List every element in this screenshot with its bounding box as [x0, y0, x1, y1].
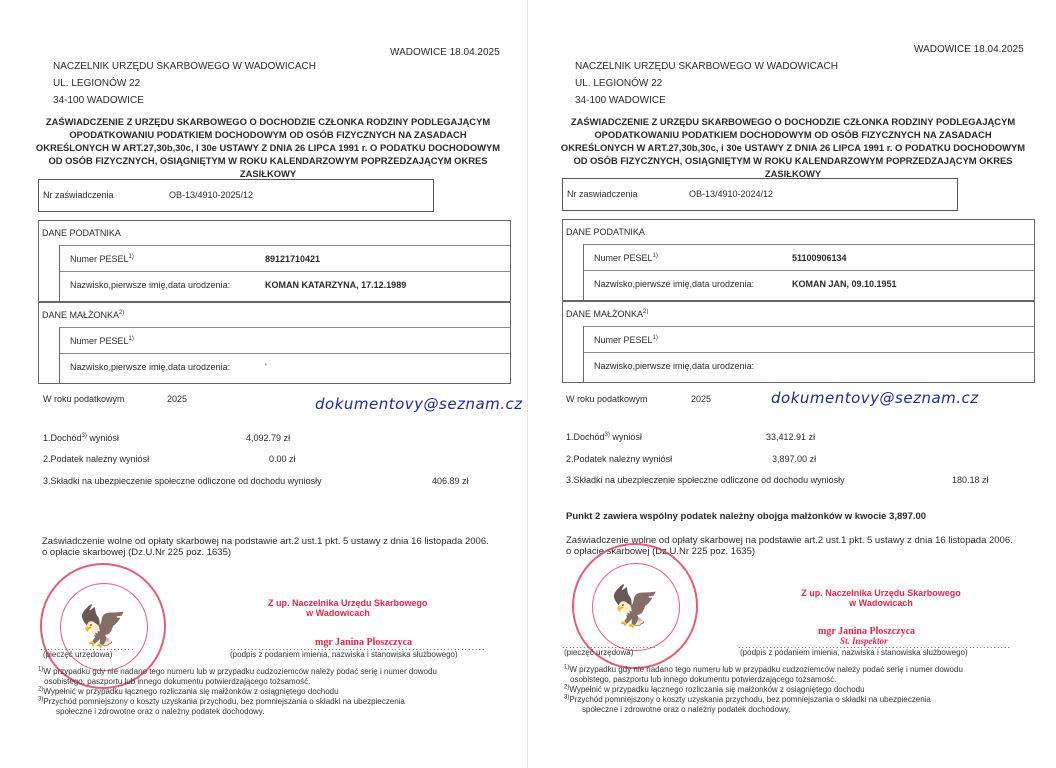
spouse-section: DANE MAŁŻONKA2) Numer PESEL1) Nazwisko,p…	[562, 301, 1035, 383]
cert-number: OB-13/4910-2025/12	[169, 190, 253, 200]
taxpayer-section-title: DANE PODATNIKA	[42, 228, 121, 238]
contributions-label: 3.Składki na ubezpieczenie społeczne odl…	[566, 475, 845, 485]
income-value: 33,412.91 zł	[766, 432, 815, 442]
tax-year: 2025	[691, 394, 711, 404]
fee-exemption-text: Zaświadczenie wolne od opłaty skarbowej …	[42, 536, 492, 558]
seal-caption: (pieczęć urzędowa)	[43, 650, 112, 660]
tax-due-label: 2.Podatek należny wyniósł	[43, 454, 149, 464]
taxpayer-name-row: Nazwisko,pierwsze imię,data urodzenia: K…	[60, 272, 510, 298]
tax-year: 2025	[167, 394, 187, 404]
name-label: Nazwisko,pierwsze imię,data urodzenia:	[594, 279, 754, 289]
spouse-name-row: Nazwisko,pierwsze imię,data urodzenia:	[584, 353, 1034, 379]
taxpayer-section: DANE PODATNIKA Numer PESEL1) 51100906134…	[562, 219, 1035, 301]
signature-caption: (podpis z podaniem imienia, nazwiska i s…	[740, 648, 968, 658]
office-address: NACZELNIK URZĘDU SKARBOWEGO W WADOWICACH…	[575, 58, 838, 109]
certificate-2025: WADOWICE 18.04.2025 NACZELNIK URZĘDU SKA…	[0, 0, 528, 768]
name-label: Nazwisko,pierwsze imię,data urodzenia:	[594, 361, 754, 371]
taxpayer-section-title: DANE PODATNIKA	[566, 227, 645, 237]
contributions-value: 180.18 zł	[952, 475, 989, 485]
office-city: 34-100 WADOWICE	[53, 92, 316, 109]
office-street: UL. LEGIONÓW 22	[575, 75, 838, 92]
spouse-pesel-row: Numer PESEL1)	[60, 328, 510, 354]
spouse-section-title: DANE MAŁŻONKA2)	[42, 310, 124, 320]
footnotes: 1)W przypadku gdy nie nadano tego numeru…	[564, 665, 963, 715]
signature-caption: (podpis z podaniem imienia, nazwiska i s…	[230, 650, 458, 660]
income-label: 1.Dochód3) wyniósł	[566, 432, 642, 442]
tax-year-label: W roku podatkowym	[43, 394, 125, 404]
contributions-value: 406.89 zł	[432, 476, 469, 486]
joint-tax-note: Punkt 2 zawiera wspólny podatek należny …	[566, 511, 926, 522]
taxpayer-pesel-row: Numer PESEL1) 51100906134	[584, 245, 1034, 271]
income-label: 1.Dochód3) wyniósł	[43, 433, 119, 443]
place-date: WADOWICE 18.04.2025	[914, 44, 1024, 55]
pesel-label: Numer PESEL1)	[70, 254, 134, 264]
handwritten-email: dokumentovy@seznam.cz	[771, 389, 979, 407]
income-value: 4,092.79 zł	[246, 433, 290, 443]
office-name: NACZELNIK URZĘDU SKARBOWEGO W WADOWICACH	[575, 58, 838, 75]
tax-due-label: 2.Podatek należny wyniósł	[566, 454, 672, 464]
tax-due-value: 0.00 zł	[269, 454, 296, 464]
signature-authority: Z up. Naczelnika Urzędu Skarbowego w Wad…	[268, 598, 408, 618]
pesel-label: Numer PESEL1)	[70, 336, 134, 346]
eagle-emblem-icon: 🦅	[574, 583, 696, 630]
name-label: Nazwisko,pierwsze imię,data urodzenia:	[70, 362, 230, 372]
taxpayer-pesel: 89121710421	[265, 254, 320, 264]
contributions-label: 3.Składki na ubezpieczenie społeczne odl…	[43, 476, 322, 486]
spouse-section-title: DANE MAŁŻONKA2)	[566, 309, 648, 319]
name-label: Nazwisko,pierwsze imię,data urodzenia:	[70, 280, 230, 290]
taxpayer-name-row: Nazwisko,pierwsze imię,data urodzenia: K…	[584, 271, 1034, 297]
pesel-label: Numer PESEL1)	[594, 253, 658, 263]
certificate-2024: WADOWICE 18.04.2025 NACZELNIK URZĘDU SKA…	[528, 0, 1056, 768]
signature-authority: Z up. Naczelnika Urzędu Skarbowego w Wad…	[796, 588, 966, 608]
document-title: ZAŚWIADCZENIE Z URZĘDU SKARBOWEGO O DOCH…	[33, 115, 503, 180]
tax-year-label: W roku podatkowym	[566, 394, 648, 404]
cert-number-box: Nr zaswiadczenia OB-13/4910-2024/12	[562, 178, 958, 211]
spouse-name: '	[265, 362, 267, 372]
cert-number-label: Nr zaswiadczenia	[567, 189, 638, 199]
taxpayer-name: KOMAN JAN, 09.10.1951	[792, 279, 897, 289]
office-city: 34-100 WADOWICE	[575, 92, 838, 109]
spouse-pesel-row: Numer PESEL1)	[584, 327, 1034, 353]
footnotes: 1)W przypadku gdy nie nadano tego numeru…	[38, 667, 437, 717]
office-street: UL. LEGIONÓW 22	[53, 75, 316, 92]
seal-caption: (pieczęć urzędowa)	[564, 648, 633, 658]
taxpayer-section: DANE PODATNIKA Numer PESEL1) 89121710421…	[38, 220, 511, 302]
taxpayer-pesel-row: Numer PESEL1) 89121710421	[60, 246, 510, 272]
office-name: NACZELNIK URZĘDU SKARBOWEGO W WADOWICACH	[53, 58, 316, 75]
pesel-label: Numer PESEL1)	[594, 335, 658, 345]
cert-number-label: Nr zaświadczenia	[43, 190, 114, 200]
cert-number-box: Nr zaświadczenia OB-13/4910-2025/12	[38, 179, 434, 212]
tax-due-value: 3,897.00 zł	[772, 454, 816, 464]
cert-number: OB-13/4910-2024/12	[689, 189, 773, 199]
handwritten-email: dokumentovy@seznam.cz	[315, 395, 523, 413]
taxpayer-pesel: 51100906134	[792, 253, 847, 263]
taxpayer-name: KOMAN KATARZYNA, 17.12.1989	[265, 280, 406, 290]
spouse-name-row: Nazwisko,pierwsze imię,data urodzenia: '	[60, 354, 510, 380]
place-date: WADOWICE 18.04.2025	[390, 47, 500, 58]
spouse-section: DANE MAŁŻONKA2) Numer PESEL1) Nazwisko,p…	[38, 302, 511, 384]
document-title: ZAŚWIADCZENIE Z URZĘDU SKARBOWEGO O DOCH…	[558, 115, 1028, 180]
office-address: NACZELNIK URZĘDU SKARBOWEGO W WADOWICACH…	[53, 58, 316, 109]
